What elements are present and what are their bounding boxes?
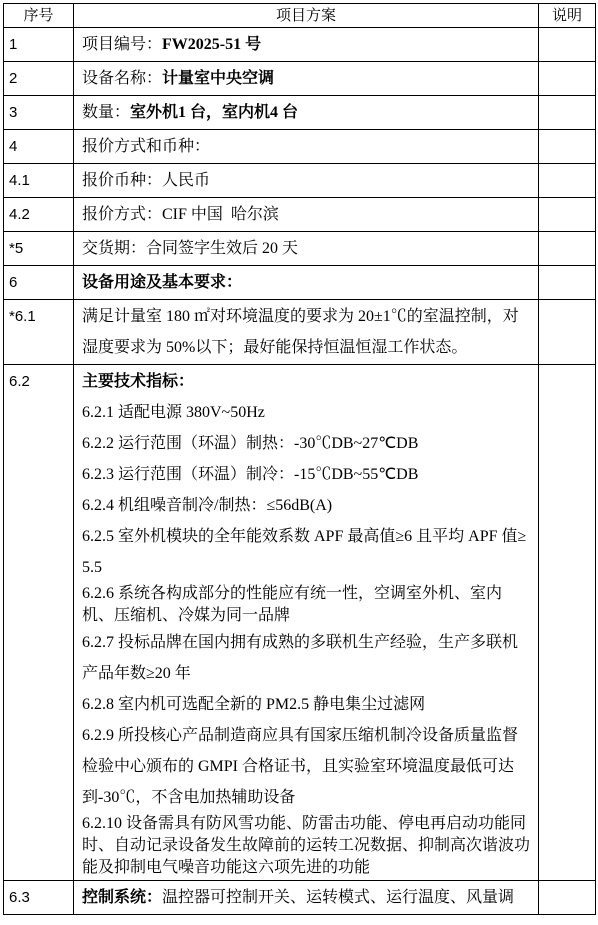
table-row: 4.1报价币种：人民币 — [4, 164, 596, 198]
plan-paragraph: 6.2.3 运行范围（环温）制冷：-15℃DB~55℃DB — [82, 459, 530, 490]
plan-text: 6.2.9 所投核心产品制造商应具有国家压缩机制冷设备质量监督检验中心颁布的 G… — [82, 727, 518, 806]
row-serial-number: 6.2 — [4, 365, 74, 881]
plan-paragraph: 报价币种：人民币 — [82, 165, 530, 196]
column-header-plan: 项目方案 — [74, 4, 539, 28]
row-note-cell — [539, 232, 596, 266]
plan-text: 6.2.5 室外机模块的全年能效系数 APF 最高值≥6 且平均 APF 值≥5… — [82, 528, 526, 576]
plan-paragraph: 6.2.8 室内机可选配全新的 PM2.5 静电集尘过滤网 — [82, 689, 530, 720]
row-serial-number: 3 — [4, 96, 74, 130]
plan-text: 满足计量室 180 ㎡对环境温度的要求为 20±1℃的室温控制，对湿度要求为 5… — [82, 308, 519, 356]
row-plan-content: 报价方式：CIF 中国 哈尔滨 — [74, 198, 539, 232]
row-note-cell — [539, 96, 596, 130]
table-row: 4报价方式和币种： — [4, 130, 596, 164]
table-row: 3数量：室外机1 台，室内机4 台 — [4, 96, 596, 130]
plan-text: 6.2.7 投标品牌在国内拥有成熟的多联机生产经验，生产多联机产品年数≥20 年 — [82, 634, 518, 682]
row-note-cell — [539, 130, 596, 164]
plan-text: 报价方式和币种： — [82, 138, 210, 155]
row-note-cell — [539, 365, 596, 881]
plan-paragraph: 设备用途及基本要求： — [82, 267, 530, 298]
row-plan-content: 控制系统：温控器可控制开关、运转模式、运行温度、风量调 — [74, 881, 539, 915]
plan-text-bold: 室外机1 台，室内机4 台 — [130, 104, 298, 121]
row-note-cell — [539, 198, 596, 232]
plan-text: 6.2.1 适配电源 380V~50Hz — [82, 404, 265, 421]
plan-paragraph: 6.2.7 投标品牌在国内拥有成熟的多联机生产经验，生产多联机产品年数≥20 年 — [82, 627, 530, 689]
plan-text: 报价方式：CIF 中国 哈尔滨 — [82, 206, 279, 223]
row-note-cell — [539, 28, 596, 62]
row-plan-content: 项目编号：FW2025-51 号 — [74, 28, 539, 62]
plan-paragraph: 满足计量室 180 ㎡对环境温度的要求为 20±1℃的室温控制，对湿度要求为 5… — [82, 301, 530, 363]
plan-paragraph: 报价方式和币种： — [82, 131, 530, 162]
plan-paragraph: 主要技术指标： — [82, 366, 530, 397]
row-serial-number: 4.1 — [4, 164, 74, 198]
plan-paragraph: 6.2.9 所投核心产品制造商应具有国家压缩机制冷设备质量监督检验中心颁布的 G… — [82, 720, 530, 813]
table-row: *5交货期：合同签字生效后 20 天 — [4, 232, 596, 266]
plan-text: 6.2.8 室内机可选配全新的 PM2.5 静电集尘过滤网 — [82, 696, 425, 713]
plan-paragraph: 项目编号：FW2025-51 号 — [82, 29, 530, 60]
row-plan-content: 报价方式和币种： — [74, 130, 539, 164]
row-serial-number: 6 — [4, 266, 74, 300]
plan-paragraph: 交货期：合同签字生效后 20 天 — [82, 233, 530, 264]
column-header-note: 说明 — [539, 4, 596, 28]
table-row: 6.2主要技术指标：6.2.1 适配电源 380V~50Hz6.2.2 运行范围… — [4, 365, 596, 881]
table-body: 1项目编号：FW2025-51 号2设备名称：计量室中央空调3数量：室外机1 台… — [4, 28, 596, 915]
table-row: 2设备名称：计量室中央空调 — [4, 62, 596, 96]
plan-paragraph: 6.2.10 设备需具有防风雪功能、防雷击功能、停电再启动功能同时、自动记录设备… — [82, 813, 530, 879]
plan-text-bold: 设备用途及基本要求： — [82, 274, 242, 291]
plan-text: 6.2.2 运行范围（环温）制热：-30℃DB~27℃DB — [82, 435, 418, 452]
table-row: 1项目编号：FW2025-51 号 — [4, 28, 596, 62]
plan-text: 6.2.3 运行范围（环温）制冷：-15℃DB~55℃DB — [82, 466, 418, 483]
plan-paragraph: 6.2.6 系统各构成部分的性能应有统一性，空调室外机、室内机、压缩机、冷媒为同… — [82, 583, 530, 627]
row-plan-content: 主要技术指标：6.2.1 适配电源 380V~50Hz6.2.2 运行范围（环温… — [74, 365, 539, 881]
plan-paragraph: 6.2.1 适配电源 380V~50Hz — [82, 397, 530, 428]
plan-text-bold: 控制系统： — [82, 889, 162, 906]
plan-paragraph: 6.2.2 运行范围（环温）制热：-30℃DB~27℃DB — [82, 428, 530, 459]
row-plan-content: 满足计量室 180 ㎡对环境温度的要求为 20±1℃的室温控制，对湿度要求为 5… — [74, 300, 539, 365]
row-note-cell — [539, 62, 596, 96]
plan-text: 报价币种：人民币 — [82, 172, 210, 189]
plan-text-bold: 主要技术指标： — [82, 373, 194, 390]
document-page: 序号 项目方案 说明 1项目编号：FW2025-51 号2设备名称：计量室中央空… — [0, 0, 598, 925]
plan-text: 温控器可控制开关、运转模式、运行温度、风量调 — [162, 889, 514, 906]
plan-paragraph: 控制系统：温控器可控制开关、运转模式、运行温度、风量调 — [82, 882, 530, 913]
row-serial-number: *5 — [4, 232, 74, 266]
row-serial-number: 2 — [4, 62, 74, 96]
row-plan-content: 设备用途及基本要求： — [74, 266, 539, 300]
row-serial-number: 6.3 — [4, 881, 74, 915]
plan-paragraph: 设备名称：计量室中央空调 — [82, 63, 530, 94]
plan-text-bold: FW2025-51 号 — [162, 36, 261, 53]
column-header-serial: 序号 — [4, 4, 74, 28]
table-row: 6设备用途及基本要求： — [4, 266, 596, 300]
plan-paragraph: 6.2.4 机组噪音制冷/制热：≤56dB(A) — [82, 490, 530, 521]
table-row: *6.1满足计量室 180 ㎡对环境温度的要求为 20±1℃的室温控制，对湿度要… — [4, 300, 596, 365]
table-row: 4.2报价方式：CIF 中国 哈尔滨 — [4, 198, 596, 232]
table-row: 6.3控制系统：温控器可控制开关、运转模式、运行温度、风量调 — [4, 881, 596, 915]
plan-text: 交货期：合同签字生效后 20 天 — [82, 240, 298, 257]
row-serial-number: 1 — [4, 28, 74, 62]
row-note-cell — [539, 881, 596, 915]
row-note-cell — [539, 300, 596, 365]
row-plan-content: 数量：室外机1 台，室内机4 台 — [74, 96, 539, 130]
row-note-cell — [539, 266, 596, 300]
plan-text: 项目编号： — [82, 36, 162, 53]
plan-text-bold: 计量室中央空调 — [162, 70, 274, 87]
row-note-cell — [539, 164, 596, 198]
row-plan-content: 报价币种：人民币 — [74, 164, 539, 198]
plan-text: 数量： — [82, 104, 130, 121]
plan-text: 6.2.10 设备需具有防风雪功能、防雷击功能、停电再启动功能同时、自动记录设备… — [82, 815, 530, 876]
spec-table: 序号 项目方案 说明 1项目编号：FW2025-51 号2设备名称：计量室中央空… — [3, 3, 596, 915]
plan-text: 6.2.6 系统各构成部分的性能应有统一性，空调室外机、室内机、压缩机、冷媒为同… — [82, 585, 502, 624]
row-plan-content: 交货期：合同签字生效后 20 天 — [74, 232, 539, 266]
plan-text: 6.2.4 机组噪音制冷/制热：≤56dB(A) — [82, 497, 332, 514]
row-serial-number: *6.1 — [4, 300, 74, 365]
plan-paragraph: 6.2.5 室外机模块的全年能效系数 APF 最高值≥6 且平均 APF 值≥5… — [82, 521, 530, 583]
row-plan-content: 设备名称：计量室中央空调 — [74, 62, 539, 96]
plan-text: 设备名称： — [82, 70, 162, 87]
plan-paragraph: 报价方式：CIF 中国 哈尔滨 — [82, 199, 530, 230]
row-serial-number: 4.2 — [4, 198, 74, 232]
table-header-row: 序号 项目方案 说明 — [4, 4, 596, 28]
row-serial-number: 4 — [4, 130, 74, 164]
plan-paragraph: 数量：室外机1 台，室内机4 台 — [82, 97, 530, 128]
